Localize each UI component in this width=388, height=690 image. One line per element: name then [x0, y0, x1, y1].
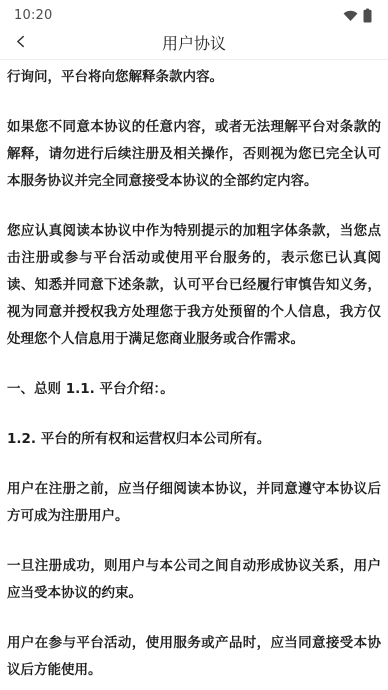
agreement-paragraph: 1.2. 平台的所有权和运营权归本公司所有。 — [7, 426, 381, 453]
back-button[interactable] — [6, 28, 36, 57]
agreement-paragraph: 用户在注册之前，应当仔细阅读本协议，并同意遵守本协议后方可成为注册用户。 — [7, 476, 381, 530]
status-bar: 10:20 — [0, 0, 388, 26]
page-title: 用户协议 — [162, 31, 226, 54]
status-icons — [343, 8, 372, 23]
user-agreement-screen: 10:20 用户协议 行 — [0, 0, 388, 690]
agreement-scroll-area[interactable]: 行询问，平台将向您解释条款内容。 如果您不同意本协议的任意内容，或者无法理解平台… — [0, 60, 388, 689]
chevron-left-icon — [12, 32, 30, 53]
wifi-icon — [343, 9, 358, 22]
agreement-paragraph: 您应认真阅读本协议中作为特别提示的加粗字体条款，当您点击注册或参与平台活动或使用… — [7, 218, 381, 353]
agreement-paragraph: 行询问，平台将向您解释条款内容。 — [7, 64, 381, 91]
agreement-paragraph: 一、总则 1.1. 平台介绍：。 — [7, 376, 381, 403]
agreement-paragraph: 如果您不同意本协议的任意内容，或者无法理解平台对条款的解释，请勿进行后续注册及相… — [7, 114, 381, 195]
agreement-paragraph: 一旦注册成功，则用户与本公司之间自动形成协议关系，用户应当受本协议的约束。 — [7, 553, 381, 607]
agreement-paragraph: 用户在参与平台活动，使用服务或产品时，应当同意接受本协议后方能使用。 — [7, 630, 381, 684]
battery-icon — [363, 8, 372, 23]
navigation-bar: 用户协议 — [0, 26, 388, 60]
status-time: 10:20 — [14, 8, 52, 23]
